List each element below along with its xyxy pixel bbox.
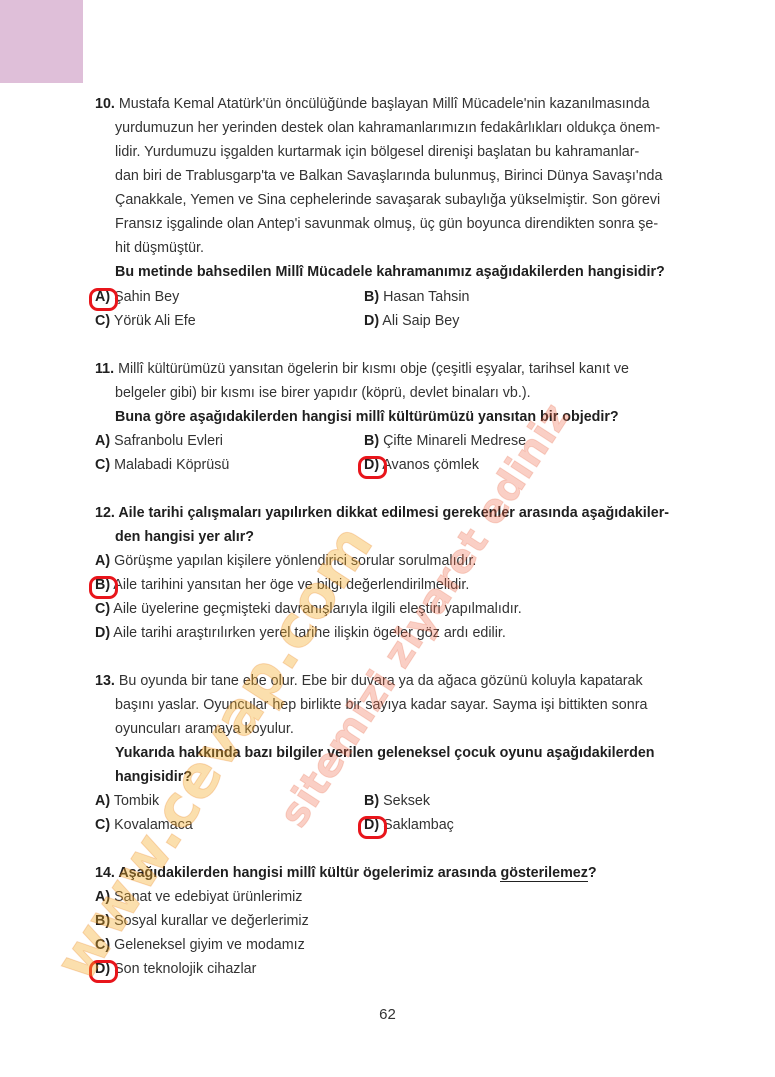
option-13-b[interactable]: B) Seksek (364, 789, 430, 813)
option-14-d[interactable]: D) Son teknolojik cihazlar (95, 957, 256, 981)
question-12-prompt-line-2: den hangisi yer alır? (115, 525, 254, 549)
question-10-passage-line-4: dan biri de Trablusgarp'ta ve Balkan Sav… (115, 164, 662, 188)
question-13-prompt-line-1: Yukarıda hakkında bazı bilgiler verilen … (115, 741, 655, 765)
question-number: 10. (95, 96, 115, 112)
option-10-d[interactable]: D) Ali Saip Bey (364, 309, 459, 333)
question-10-passage-line-7: hit düşmüştür. (115, 236, 204, 260)
option-13-a[interactable]: A) Tombik (95, 789, 159, 813)
worksheet-page: 10. Mustafa Kemal Atatürk'ün öncülüğünde… (0, 0, 775, 1077)
emphasis-word: gösterilemez (500, 865, 587, 882)
option-13-c[interactable]: C) Kovalamaca (95, 813, 193, 837)
question-13-prompt-line-2: hangisidir? (115, 765, 192, 789)
option-14-b[interactable]: B) Sosyal kurallar ve değerlerimiz (95, 909, 309, 933)
option-10-c[interactable]: C) Yörük Ali Efe (95, 309, 196, 333)
question-13-passage-line-3: oyuncuları aramaya koyulur. (115, 717, 294, 741)
option-13-d[interactable]: D) Saklambaç (364, 813, 454, 837)
option-11-b[interactable]: B) Çifte Minareli Medrese (364, 429, 526, 453)
question-14-prompt: 14. Aşağıdakilerden hangisi millî kültür… (95, 861, 597, 885)
option-14-a[interactable]: A) Sanat ve edebiyat ürünlerimiz (95, 885, 302, 909)
option-12-b[interactable]: B) Aile tarihini yansıtan her öge ve bil… (95, 573, 469, 597)
question-11-prompt: Buna göre aşağıdakilerden hangisi millî … (115, 405, 619, 429)
question-10-passage-line-5: Çanakkale, Yemen ve Sina cephelerinde sa… (115, 188, 660, 212)
page-number: 62 (0, 1006, 775, 1023)
question-10-passage-line-2: yurdumuzun her yerinden destek olan kahr… (115, 116, 660, 140)
question-12-prompt-line-1: 12. Aile tarihi çalışmaları yapılırken d… (95, 501, 669, 525)
option-11-c[interactable]: C) Malabadi Köprüsü (95, 453, 229, 477)
question-11-passage-line-2: belgeler gibi) bir kısmı ise birer yapıd… (115, 381, 531, 405)
question-13-passage-line-1: 13. Bu oyunda bir tane ebe olur. Ebe bir… (95, 669, 643, 693)
question-11-passage-line-1: 11. Millî kültürümüzü yansıtan ögelerin … (95, 357, 629, 381)
question-10-prompt: Bu metinde bahsedilen Millî Mücadele kah… (115, 260, 665, 284)
option-10-b[interactable]: B) Hasan Tahsin (364, 285, 469, 309)
option-11-a[interactable]: A) Safranbolu Evleri (95, 429, 223, 453)
question-10-passage-line-6: Fransız işgalinde olan Antep'i savunmak … (115, 212, 658, 236)
question-10-passage-line-3: lidir. Yurdumuzu işgalden kurtarmak için… (115, 140, 639, 164)
question-10-passage-line-1: 10. Mustafa Kemal Atatürk'ün öncülüğünde… (95, 92, 650, 116)
option-12-a[interactable]: A) Görüşme yapılan kişilere yönlendirici… (95, 549, 476, 573)
option-12-c[interactable]: C) Aile üyelerine geçmişteki davranışlar… (95, 597, 522, 621)
option-11-d[interactable]: D) Avanos çömlek (364, 453, 479, 477)
question-13-passage-line-2: başını yaslar. Oyuncular hep birlikte bi… (115, 693, 647, 717)
option-12-d[interactable]: D) Aile tarihi araştırılırken yerel tari… (95, 621, 506, 645)
option-14-c[interactable]: C) Geleneksel giyim ve modamız (95, 933, 305, 957)
option-10-a[interactable]: A) Şahin Bey (95, 285, 179, 309)
